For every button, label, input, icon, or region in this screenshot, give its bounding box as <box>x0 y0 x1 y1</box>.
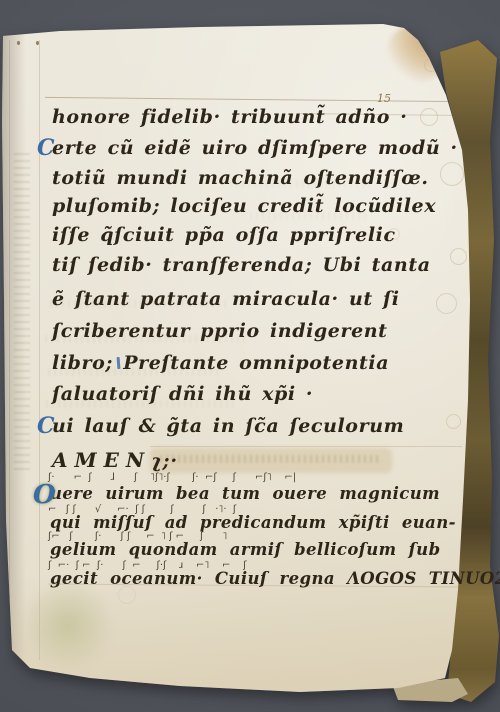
chant-line: Ouere uirum bea tum ouere magnicum <box>50 486 440 503</box>
text-line: pluſomib; lociſeu credit̃ locũdilex <box>52 197 436 216</box>
line-text: gelium quondam armiſ bellicoſum ſub <box>50 540 441 559</box>
text-line: totiũ mundi machinã oſtendiſſœ. <box>52 169 429 188</box>
text-line: Cui lauſ & g̃ta in ſc̃a ſeculorum <box>52 417 404 436</box>
line-text: ſaluatoriſ dñi ihũ xp̃i · <box>52 383 313 405</box>
line-text: tiſ ſedib· tranſferenda; Ubi tanta <box>52 254 431 276</box>
chant-line: gecit oceanum· Cuiuſ regna ΛΟGΟS ΤΙΝUΟ2 <box>50 571 500 588</box>
text-line-amen: AMENʅ;· <box>52 450 178 471</box>
line-text: totiũ mundi machinã oſtendiſſœ. <box>52 167 429 189</box>
chant-line: gelium quondam armiſ bellicoſum ſub <box>50 542 441 559</box>
manuscript-photo: 15 honore fidelib· tribuunt̃ adño · Cert… <box>0 0 500 712</box>
line-text: gecit oceanum· Cuiuſ regna ΛΟGΟS ΤΙΝUΟ2 <box>50 569 500 588</box>
line-text: erte cũ eidẽ uiro dſimſpere modũ · <box>52 137 458 159</box>
line-text: ſcriberentur pprio indigerent <box>52 320 388 342</box>
neume-row: ʃ· ⌐ ʃ ɺ ʃ ˥ʃ˥·ʃ ʃ· ⌐ʃ ʃ ⌐ʃ˥ ⌐| <box>48 472 296 483</box>
text-line: ſcriberentur pprio indigerent <box>52 322 388 341</box>
initial-letter: C <box>37 415 55 437</box>
text-line: iſſe q̃ſciuit pp̃a oſſa ppriſrelic <box>52 226 396 245</box>
text-line: libro; Preſtante omnipotentia <box>52 354 389 373</box>
line-text: ui lauſ & g̃ta in ſc̃a ſeculorum <box>52 415 404 437</box>
line-text: ẽ ſtant patrata miracula· ut ſi <box>52 288 400 310</box>
text-line: Certe cũ eidẽ uiro dſimſpere modũ · <box>52 139 458 158</box>
line-text: pluſomib; lociſeu credit̃ locũdilex <box>52 195 436 217</box>
text-line: ẽ ſtant patrata miracula· ut ſi <box>52 290 400 309</box>
initial-letter: C <box>37 137 55 159</box>
amen-text: AMEN <box>52 448 151 472</box>
text-layer: 15 honore fidelib· tribuunt̃ adño · Cert… <box>0 0 500 712</box>
text-line: honore fidelib· tribuunt̃ adño · <box>52 108 407 127</box>
line-text: uere uirum bea tum ouere magnicum <box>50 484 440 503</box>
text-line: ſaluatoriſ dñi ihũ xp̃i · <box>52 385 313 404</box>
line-text: qui miſſuſ ad predicandum xp̃iſti euan- <box>50 513 456 532</box>
folio-number: 15 <box>377 92 391 105</box>
line-text: iſſe q̃ſciuit pp̃a oſſa ppriſrelic <box>52 224 396 246</box>
amen-flourish: ʅ;· <box>151 450 178 472</box>
text-line: tiſ ſedib· tranſferenda; Ubi tanta <box>52 256 431 275</box>
chant-line: qui miſſuſ ad predicandum xp̃iſti euan- <box>50 515 456 532</box>
line-text: libro; Preſtante omnipotentia <box>52 352 389 374</box>
line-text: honore fidelib· tribuunt̃ adño · <box>52 106 407 128</box>
